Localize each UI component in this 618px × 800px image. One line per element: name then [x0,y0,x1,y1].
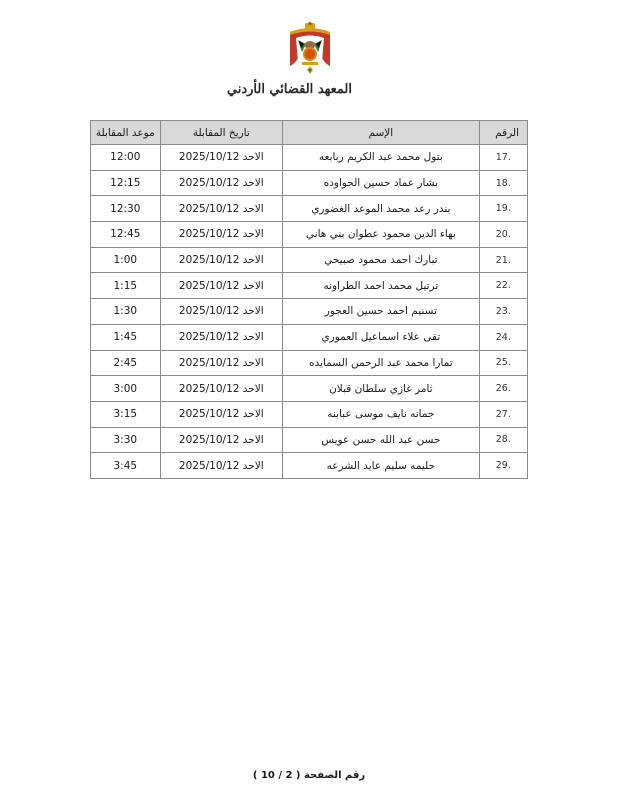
row-date: الاحد 2025/10/12 [160,299,283,325]
row-name: تسنيم احمد حسين العجور [283,299,480,325]
row-time: 3:45 [91,453,161,479]
row-number: .17 [479,145,527,171]
row-name: بندر رعد محمد الموعد الغضوري [283,196,480,222]
row-date-value: 2025/10/12 [179,203,240,215]
table-row: .26ثامر غازي سلطان قبلانالاحد 2025/10/12… [91,376,528,402]
row-date: الاحد 2025/10/12 [160,376,283,402]
row-time: 3:30 [91,427,161,453]
row-time: 1:30 [91,299,161,325]
row-name: بشار عماد حسين الجواوده [283,170,480,196]
row-date: الاحد 2025/10/12 [160,273,283,299]
row-date-value: 2025/10/12 [179,228,240,240]
row-time: 12:15 [91,170,161,196]
row-number: .22 [479,273,527,299]
row-number: .26 [479,376,527,402]
row-day: الاحد [243,434,264,446]
table-row: .24تقى علاء اسماعيل العموريالاحد 2025/10… [91,324,528,350]
table-row: .28حسن عبد الله حسن عويسالاحد 2025/10/12… [91,427,528,453]
row-date: الاحد 2025/10/12 [160,222,283,248]
row-name: ترتيل محمد احمد الطراونه [283,273,480,299]
row-date: الاحد 2025/10/12 [160,350,283,376]
row-number: .23 [479,299,527,325]
row-date-value: 2025/10/12 [179,383,240,395]
row-date: الاحد 2025/10/12 [160,453,283,479]
row-number: .24 [479,324,527,350]
row-number: .27 [479,401,527,427]
row-date-value: 2025/10/12 [179,151,240,163]
row-day: الاحد [243,203,264,215]
row-name: تقى علاء اسماعيل العموري [283,324,480,350]
row-date: الاحد 2025/10/12 [160,247,283,273]
row-day: الاحد [243,460,264,472]
table-row: .21تبارك احمد محمود صبيحيالاحد 2025/10/1… [91,247,528,273]
row-day: الاحد [243,383,264,395]
row-name: حسن عبد الله حسن عويس [283,427,480,453]
row-number: .28 [479,427,527,453]
row-name: جمانه نايف موسى عبابنه [283,401,480,427]
row-time: 1:45 [91,324,161,350]
row-number: .20 [479,222,527,248]
row-day: الاحد [243,331,264,343]
row-time: 3:15 [91,401,161,427]
row-date-value: 2025/10/12 [179,434,240,446]
table-row: .20بهاء الدين محمود عطوان بني هانيالاحد … [91,222,528,248]
row-number: .18 [479,170,527,196]
row-day: الاحد [243,151,264,163]
row-date-value: 2025/10/12 [179,357,240,369]
column-header-number: الرقم [479,121,527,145]
page-number: رقم الصفحة ( 2 / 10 ) [0,770,618,781]
row-name: ثامر غازي سلطان قبلان [283,376,480,402]
row-time: 1:00 [91,247,161,273]
row-time: 12:00 [91,145,161,171]
row-number: .21 [479,247,527,273]
row-date-value: 2025/10/12 [179,305,240,317]
interview-schedule-table: الرقم الإسم تاريخ المقابلة موعد المقابلة… [90,120,528,479]
row-date-value: 2025/10/12 [179,331,240,343]
row-time: 12:30 [91,196,161,222]
row-number: .25 [479,350,527,376]
table-row: .18بشار عماد حسين الجواودهالاحد 2025/10/… [91,170,528,196]
row-day: الاحد [243,280,264,292]
row-date: الاحد 2025/10/12 [160,401,283,427]
row-date: الاحد 2025/10/12 [160,196,283,222]
table-row: .19بندر رعد محمد الموعد الغضوريالاحد 202… [91,196,528,222]
row-time: 1:15 [91,273,161,299]
institute-logo: المعهد القضائي الأردني [268,22,352,106]
row-date-value: 2025/10/12 [179,254,240,266]
row-day: الاحد [243,228,264,240]
table-row: .25تمارا محمد عبد الرحمن السمايدهالاحد 2… [91,350,528,376]
row-name: تمارا محمد عبد الرحمن السمايده [283,350,480,376]
row-day: الاحد [243,305,264,317]
row-date: الاحد 2025/10/12 [160,427,283,453]
row-time: 2:45 [91,350,161,376]
table-row: .17بتول محمد عبد الكريم ربابعهالاحد 2025… [91,145,528,171]
row-day: الاحد [243,357,264,369]
coat-of-arms-icon [286,22,334,80]
column-header-name: الإسم [283,121,480,145]
row-name: بهاء الدين محمود عطوان بني هاني [283,222,480,248]
column-header-date: تاريخ المقابلة [160,121,283,145]
row-date-value: 2025/10/12 [179,408,240,420]
row-day: الاحد [243,177,264,189]
row-time: 3:00 [91,376,161,402]
row-number: .19 [479,196,527,222]
row-date: الاحد 2025/10/12 [160,145,283,171]
row-date: الاحد 2025/10/12 [160,324,283,350]
row-time: 12:45 [91,222,161,248]
row-name: بتول محمد عبد الكريم ربابعه [283,145,480,171]
row-date-value: 2025/10/12 [179,460,240,472]
row-date: الاحد 2025/10/12 [160,170,283,196]
column-header-time: موعد المقابلة [91,121,161,145]
table-row: .27جمانه نايف موسى عبابنهالاحد 2025/10/1… [91,401,528,427]
row-day: الاحد [243,408,264,420]
row-day: الاحد [243,254,264,266]
row-name: حليمه سليم عايد الشرعه [283,453,480,479]
table-row: .29حليمه سليم عايد الشرعهالاحد 2025/10/1… [91,453,528,479]
table-row: .23تسنيم احمد حسين العجورالاحد 2025/10/1… [91,299,528,325]
row-date-value: 2025/10/12 [179,177,240,189]
row-name: تبارك احمد محمود صبيحي [283,247,480,273]
table-row: .22ترتيل محمد احمد الطراونهالاحد 2025/10… [91,273,528,299]
row-number: .29 [479,453,527,479]
table-header-row: الرقم الإسم تاريخ المقابلة موعد المقابلة [91,121,528,145]
row-date-value: 2025/10/12 [179,280,240,292]
institute-name: المعهد القضائي الأردني [268,82,352,97]
